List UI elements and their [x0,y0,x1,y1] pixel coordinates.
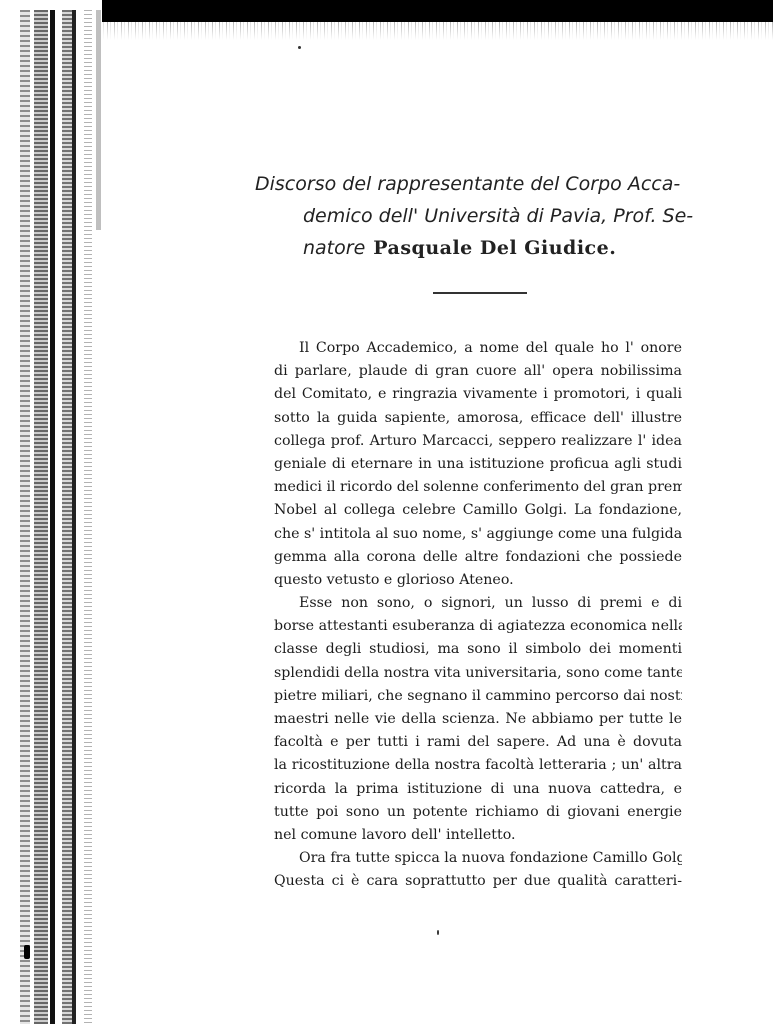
speaker-name: Pasquale Del Giudice. [373,237,616,259]
text-line: geniale di eternare in una istituzione p… [274,453,682,476]
paragraph-3: Ora fra tutte spicca la nuova fondazione… [274,847,682,893]
scan-noise [100,18,773,40]
text-line: Il Corpo Accademico, a nome del quale ho… [274,337,682,360]
text-line: questo vetusto e glorioso Ateneo. [274,569,682,592]
binding-stripe [34,10,48,1024]
text-line: Nobel al collega celebre Camillo Golgi. … [274,499,682,522]
scan-speck [24,945,30,959]
body-text: Il Corpo Accademico, a nome del quale ho… [274,337,682,894]
heading-divider [433,292,527,294]
binding-stripe [72,10,76,1024]
text-line: borse attestanti esuberanza di agiatezza… [274,615,682,638]
text-line: pietre miliari, che segnano il cammino p… [274,685,682,708]
text-line: Esse non sono, o signori, un lusso di pr… [274,592,682,615]
text-line: collega prof. Arturo Marcacci, seppero r… [274,430,682,453]
text-line: del Comitato, e ringrazia vivamente i pr… [274,383,682,406]
heading-line-3-text: natore [303,237,365,259]
text-line: di parlare, plaude di gran cuore all' op… [274,360,682,383]
text-line: facoltà e per tutti i rami del sapere. A… [274,731,682,754]
heading-line-3: natorePasquale Del Giudice. [255,232,685,264]
heading-line-2: demico dell' Università di Pavia, Prof. … [255,200,685,232]
text-line: splendidi della nostra vita universitari… [274,662,682,685]
text-line: medici il ricordo del solenne conferimen… [274,476,682,499]
binding-stripe [50,10,55,1024]
scan-speck [298,46,301,49]
paragraph-2: Esse non sono, o signori, un lusso di pr… [274,592,682,847]
binding-stripe [20,10,30,1024]
text-line: maestri nelle vie della scienza. Ne abbi… [274,708,682,731]
text-line: ricorda la prima istituzione di una nuov… [274,778,682,801]
paragraph-1: Il Corpo Accademico, a nome del quale ho… [274,337,682,592]
text-line: sotto la guida sapiente, amorosa, effica… [274,407,682,430]
binding-stripe [62,10,72,1024]
text-line: che s' intitola al suo nome, s' aggiunge… [274,523,682,546]
heading-line-1: Discorso del rappresentante del Corpo Ac… [255,168,685,200]
scan-speck [437,930,439,935]
text-line: Ora fra tutte spicca la nuova fondazione… [274,847,682,870]
text-line: la ricostituzione della nostra facoltà l… [274,754,682,777]
text-line: nel comune lavoro dell' intelletto. [274,824,682,847]
text-line: tutte poi sono un potente richiamo di gi… [274,801,682,824]
binding-stripe [96,10,101,230]
text-line: gemma alla corona delle altre fondazioni… [274,546,682,569]
book-binding-edge [0,0,102,1024]
speech-heading: Discorso del rappresentante del Corpo Ac… [255,168,685,264]
binding-stripe [84,10,92,1024]
text-line: Questa ci è cara soprattutto per due qua… [274,870,682,893]
text-line: classe degli studiosi, ma sono il simbol… [274,638,682,661]
